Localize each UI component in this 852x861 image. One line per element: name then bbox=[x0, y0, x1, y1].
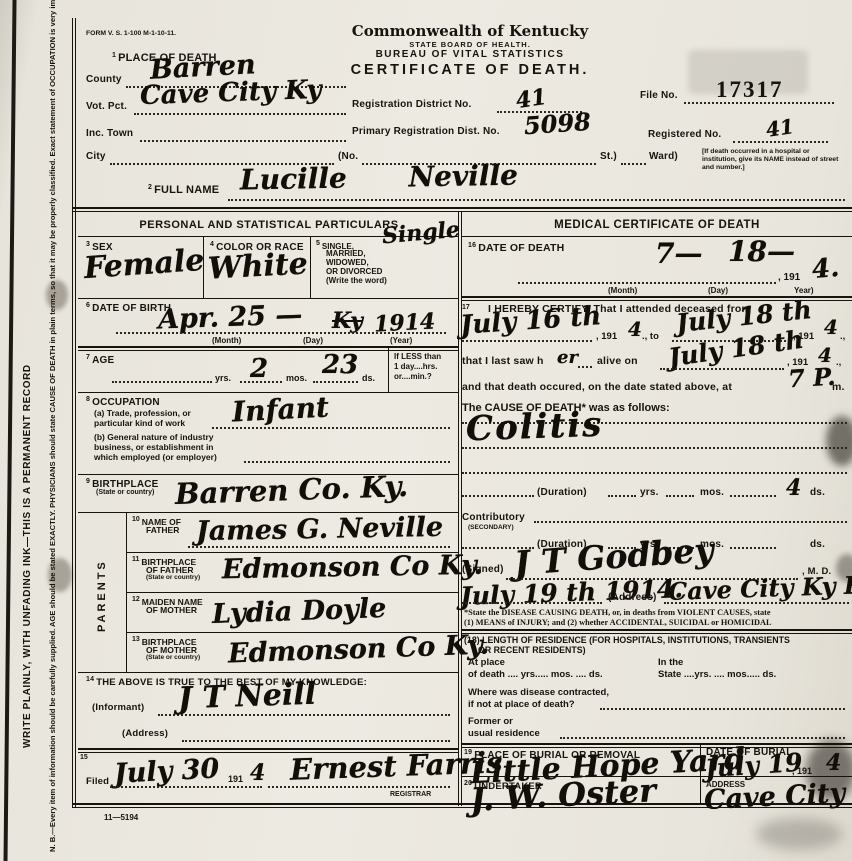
signature-address-label: (Address) bbox=[608, 592, 656, 603]
signature-address-handwriting: Cave City Ky R#4 bbox=[668, 572, 852, 604]
file-no-stamp: 17317 bbox=[716, 77, 784, 103]
informant-signature-handwriting: J T Neill bbox=[178, 680, 317, 715]
rule bbox=[462, 629, 852, 634]
filed-section-number: 15 bbox=[80, 754, 88, 761]
father-birthplace-handwriting: Edmonson Co Ky. bbox=[222, 552, 483, 584]
last-saw-mid: alive on bbox=[597, 355, 638, 367]
form-number: FORM V. S. 1-100 M-1-10-11. bbox=[86, 30, 176, 38]
section-number: 8 bbox=[86, 396, 90, 403]
board-heading: STATE BOARD OF HEALTH. bbox=[340, 40, 600, 49]
occupation-a-line2: particular kind of work bbox=[94, 418, 185, 428]
dotted-line bbox=[608, 495, 636, 497]
dotted-line bbox=[621, 163, 646, 165]
ward-label: Ward) bbox=[649, 151, 678, 162]
age-heading: 7AGE bbox=[86, 354, 114, 366]
section-number: 14 bbox=[86, 676, 94, 683]
dotted-line bbox=[560, 737, 845, 739]
dob-struck-handwriting: Ky bbox=[332, 310, 363, 332]
dotted-line bbox=[462, 472, 847, 474]
contributory-label: Contributory bbox=[462, 512, 525, 523]
dotted-line bbox=[313, 381, 358, 383]
dob-year-sublabel: (Year) bbox=[390, 336, 412, 345]
dotted-line bbox=[730, 547, 776, 549]
marital-label-line2: MARRIED, bbox=[326, 249, 366, 258]
dotted-line bbox=[116, 332, 446, 334]
duration-yrs-label: yrs. bbox=[640, 487, 659, 498]
last-saw-pre: that I last saw h bbox=[462, 355, 544, 367]
age-ds-label: ds. bbox=[362, 373, 375, 383]
age-less-note-line3: or....min.? bbox=[394, 372, 432, 381]
age-yrs-label: yrs. bbox=[215, 373, 231, 383]
burial-year-printed: , 191 bbox=[792, 766, 812, 776]
section-number: 12 bbox=[132, 596, 140, 603]
residence-in-state-line1: In the bbox=[658, 657, 683, 668]
dotted-line bbox=[110, 786, 262, 788]
section-number: 16 bbox=[468, 242, 476, 249]
dotted-line bbox=[518, 282, 776, 284]
rule bbox=[462, 776, 852, 777]
contributory-sublabel: (SECONDARY) bbox=[468, 524, 514, 531]
rule bbox=[78, 672, 458, 673]
death-month-handwriting: 7— bbox=[655, 240, 702, 268]
occupation-a-line1: (a) Trade, profession, or bbox=[94, 408, 191, 418]
street-no-label: (No. bbox=[338, 151, 358, 162]
burial-year-handwriting: 4 bbox=[826, 752, 841, 774]
dotted-line bbox=[188, 546, 450, 548]
residence-heading-line1: (18) LENGTH OF RESIDENCE (FOR HOSPITALS,… bbox=[464, 635, 790, 645]
column-divider bbox=[458, 212, 462, 806]
smudge bbox=[756, 818, 842, 850]
dotted-line bbox=[182, 740, 450, 742]
dotted-line bbox=[660, 368, 784, 370]
mother-birthplace-handwriting: Edmonson Co Ky. bbox=[228, 631, 490, 667]
duration2-ds-label: ds. bbox=[810, 539, 825, 550]
dotted-line bbox=[666, 495, 694, 497]
dotted-line bbox=[244, 461, 450, 463]
to-end-printed: ., bbox=[840, 331, 845, 342]
duration-mos-label: mos. bbox=[700, 487, 724, 498]
inc-town-label: Inc. Town bbox=[86, 128, 133, 139]
dotted-line bbox=[600, 708, 845, 710]
death-day-handwriting: 18— bbox=[728, 238, 795, 266]
father-name-label-line2: FATHER bbox=[146, 525, 179, 535]
residence-heading-line2: OR RECENT RESIDENTS) bbox=[478, 645, 586, 655]
date-of-death-label: DATE OF DEATH bbox=[478, 242, 564, 254]
full-name-label: FULL NAME bbox=[154, 184, 219, 196]
registered-no-value-handwriting: 41 bbox=[765, 116, 795, 140]
city-label: City bbox=[86, 151, 106, 162]
filed-date-handwriting: July 30 bbox=[113, 755, 220, 787]
section-number: 11 bbox=[132, 556, 139, 563]
to-word-printed: ., to bbox=[642, 331, 659, 342]
marital-label-line5: (Write the word) bbox=[326, 276, 387, 285]
footnote-line1: *State the DISEASE CAUSING DEATH, or, in… bbox=[464, 608, 771, 617]
cell-border bbox=[310, 236, 311, 298]
rule bbox=[78, 346, 458, 351]
signed-label: (Signed) bbox=[462, 564, 504, 575]
disease-contracted-line1: Where was disease contracted, bbox=[468, 687, 609, 698]
margin-note-bold: WRITE PLAINLY, WITH UNFADING INK—THIS IS… bbox=[22, 364, 33, 748]
section-number: 6 bbox=[86, 302, 90, 309]
medical-section-title: MEDICAL CERTIFICATE OF DEATH bbox=[468, 219, 846, 231]
death-time-m-label: m. bbox=[832, 381, 845, 393]
death-certificate-scan: WRITE PLAINLY, WITH UNFADING INK—THIS IS… bbox=[0, 0, 852, 861]
section-number: 3 bbox=[86, 241, 90, 248]
dotted-line bbox=[462, 495, 534, 497]
section-number: 1 bbox=[112, 52, 116, 59]
disease-contracted-line2: if not at place of death? bbox=[468, 699, 575, 710]
age-mos-label: mos. bbox=[286, 373, 307, 383]
occupation-b-line2: business, or establishment in bbox=[94, 442, 214, 452]
margin-note-detail: N. B.—Every item of information should b… bbox=[48, 0, 57, 852]
sex-value-handwriting: Female bbox=[83, 246, 205, 284]
attended-from-handwriting: July 16 th bbox=[459, 303, 602, 339]
dotted-line bbox=[228, 199, 845, 201]
former-residence-line1: Former or bbox=[468, 716, 513, 727]
death-year-sublabel: Year) bbox=[794, 286, 814, 295]
footnote-line2: (1) MEANS of INJURY; and (2) whether ACC… bbox=[464, 618, 772, 627]
birthplace-value-handwriting: Barren Co. Ky. bbox=[175, 472, 409, 509]
cause-of-death-handwriting: Colitis bbox=[465, 408, 603, 447]
rule bbox=[126, 592, 458, 593]
marital-label-line4: OR DIVORCED bbox=[326, 267, 382, 276]
death-time-handwriting: 7 P. bbox=[787, 365, 836, 391]
dob-value-handwriting: Apr. 25 — bbox=[158, 301, 303, 333]
pronoun-handwriting: er bbox=[557, 349, 578, 367]
duration-ds-label: ds. bbox=[810, 487, 825, 498]
former-residence-line2: usual residence bbox=[468, 728, 540, 739]
primary-registration-value-handwriting: 5098 bbox=[523, 110, 591, 139]
filed-label: Filed bbox=[86, 776, 109, 787]
marital-label-line3: WIDOWED, bbox=[326, 258, 369, 267]
dotted-line bbox=[140, 140, 346, 142]
filed-year-printed: 191 bbox=[228, 774, 243, 784]
full-name-heading: 2FULL NAME bbox=[148, 184, 219, 196]
voting-precinct-label: Vot. Pct. bbox=[86, 101, 127, 112]
rule bbox=[78, 298, 458, 299]
residence-at-place-line1: At place bbox=[468, 657, 505, 668]
dotted-line bbox=[134, 113, 346, 115]
occupation-b-line1: (b) General nature of industry bbox=[94, 432, 214, 442]
header-separator-rule bbox=[72, 207, 852, 212]
duration-label: (Duration) bbox=[537, 487, 587, 498]
dotted-line bbox=[733, 141, 828, 143]
dotted-line bbox=[462, 340, 592, 342]
from-year-printed: , 191 bbox=[596, 331, 617, 342]
street-label: St.) bbox=[600, 151, 617, 162]
occupation-value-handwriting: Infant bbox=[231, 393, 329, 426]
registration-district-label: Registration District No. bbox=[352, 99, 471, 110]
certificate-title: CERTIFICATE OF DEATH. bbox=[330, 62, 610, 78]
occupation-b-line3: which employed (or employer) bbox=[94, 452, 217, 462]
date-of-death-heading: 16DATE OF DEATH bbox=[468, 242, 564, 254]
residence-at-place-line2: of death .... yrs..... mos. .... ds. bbox=[468, 669, 603, 680]
dotted-line bbox=[462, 447, 847, 449]
dotted-line bbox=[462, 602, 602, 604]
cell-border bbox=[388, 346, 389, 392]
section-number: 19 bbox=[464, 749, 472, 756]
section-number: 2 bbox=[148, 184, 152, 191]
dotted-line bbox=[578, 366, 592, 368]
death-occurred-line: and that death occured, on the date stat… bbox=[462, 381, 732, 393]
section-number: 13 bbox=[132, 636, 140, 643]
registered-no-label: Registered No. bbox=[648, 129, 721, 140]
plate-number: 11—5194 bbox=[104, 813, 138, 822]
dob-day-sublabel: (Day) bbox=[303, 336, 323, 345]
hospital-note: [If death occurred in a hospital or inst… bbox=[702, 148, 844, 172]
dob-month-sublabel: (Month) bbox=[212, 336, 241, 345]
section-number: 9 bbox=[86, 478, 90, 485]
mother-birthplace-sublabel: (State or country) bbox=[146, 654, 200, 661]
section-number: 7 bbox=[86, 354, 90, 361]
death-month-sublabel: (Month) bbox=[608, 286, 637, 295]
residence-in-state-line2: State ....yrs. .... mos..... ds. bbox=[658, 669, 776, 680]
father-birthplace-sublabel: (State or country) bbox=[146, 574, 200, 581]
informant-label: (Informant) bbox=[92, 702, 144, 713]
form-left-border bbox=[72, 18, 76, 808]
duration-days-handwriting: 4 bbox=[786, 477, 801, 499]
section-number: 10 bbox=[132, 516, 140, 523]
age-less-note-line1: If LESS than bbox=[394, 352, 441, 361]
filed-year-handwriting: 4 bbox=[250, 762, 265, 784]
dotted-line bbox=[112, 381, 212, 383]
father-name-handwriting: James G. Neville bbox=[196, 514, 443, 545]
age-months-handwriting: 2 bbox=[250, 356, 268, 382]
dotted-line bbox=[268, 786, 450, 788]
death-year-handwriting: 4. bbox=[811, 255, 840, 283]
death-day-sublabel: (Day) bbox=[708, 286, 728, 295]
marital-value-handwriting: Single bbox=[381, 219, 461, 248]
county-label: County bbox=[86, 74, 122, 85]
full-name-value-handwriting: Lucille Neville bbox=[240, 162, 518, 195]
mother-name-handwriting: Lydia Doyle bbox=[212, 595, 387, 628]
mother-name-label-line2: OF MOTHER bbox=[146, 605, 197, 615]
registration-district-value-handwriting: 41 bbox=[515, 86, 548, 112]
occupation-label: OCCUPATION bbox=[92, 397, 160, 408]
bureau-heading: BUREAU OF VITAL STATISTICS bbox=[340, 49, 600, 60]
to-year-handwriting: 4 bbox=[824, 317, 838, 337]
age-label: AGE bbox=[92, 355, 114, 366]
primary-registration-label: Primary Registration Dist. No. bbox=[352, 126, 500, 137]
from-year-handwriting: 4 bbox=[628, 319, 642, 339]
saw-end-printed: ., bbox=[836, 357, 841, 368]
voting-precinct-value-handwriting: Cave City Ky bbox=[140, 77, 322, 109]
section-number: 4 bbox=[210, 241, 214, 248]
parents-vertical-label: PARENTS bbox=[96, 559, 108, 632]
section-number: 5 bbox=[316, 240, 320, 247]
informant-address-label: (Address) bbox=[122, 728, 168, 739]
age-less-note-line2: 1 day....hrs. bbox=[394, 362, 437, 371]
registrar-label: REGISTRAR bbox=[390, 791, 431, 798]
dotted-line bbox=[534, 521, 847, 523]
undertaker-signature-handwriting: J. W. Oster bbox=[469, 774, 656, 816]
dotted-line bbox=[664, 602, 849, 604]
age-days-handwriting: 23 bbox=[322, 352, 358, 378]
death-year-printed: , 191 bbox=[778, 272, 800, 283]
dotted-line bbox=[730, 495, 776, 497]
file-no-label: File No. bbox=[640, 90, 678, 101]
birthplace-sublabel: (State or country) bbox=[96, 489, 154, 496]
race-value-handwriting: White bbox=[207, 249, 308, 284]
occupation-heading: 8OCCUPATION bbox=[86, 396, 160, 408]
commonwealth-heading: Commonwealth of Kentucky bbox=[340, 22, 600, 40]
